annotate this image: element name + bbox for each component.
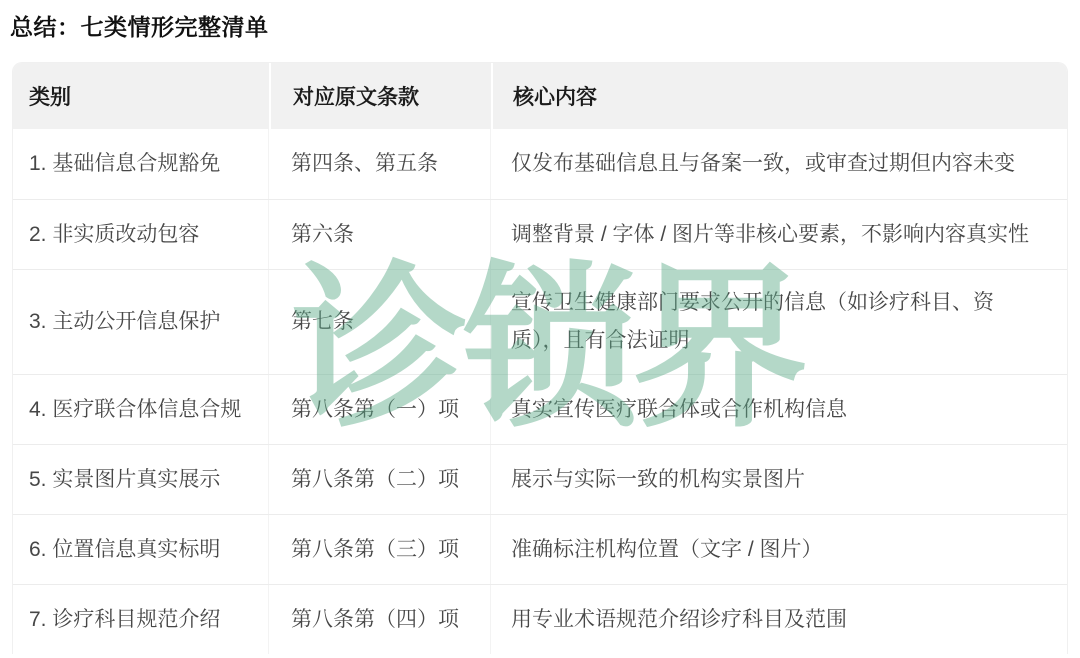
table-row: 3. 主动公开信息保护第七条宣传卫生健康部门要求公开的信息（如诊疗科目、资 质）…: [13, 269, 1067, 374]
cell-clause: 第八条第（一）项: [269, 375, 491, 444]
table-row: 6. 位置信息真实标明第八条第（三）项准确标注机构位置（文字 / 图片）: [13, 514, 1067, 584]
column-header-clause: 对应原文条款: [269, 63, 491, 129]
cell-content: 宣传卫生健康部门要求公开的信息（如诊疗科目、资 质），且有合法证明: [491, 270, 1067, 374]
table-row: 7. 诊疗科目规范介绍第八条第（四）项用专业术语规范介绍诊疗科目及范围: [13, 584, 1067, 654]
column-header-content: 核心内容: [491, 63, 1067, 129]
cell-content: 准确标注机构位置（文字 / 图片）: [491, 517, 1067, 583]
cell-clause: 第八条第（二）项: [269, 445, 491, 514]
page-title: 总结：七类情形完整清单: [10, 9, 269, 42]
column-header-category: 类别: [13, 63, 269, 129]
table-body: 1. 基础信息合规豁免第四条、第五条仅发布基础信息且与备案一致，或审查过期但内容…: [13, 129, 1067, 654]
cell-clause: 第八条第（四）项: [269, 585, 491, 654]
cell-clause: 第八条第（三）项: [269, 515, 491, 584]
cell-clause: 第四条、第五条: [269, 129, 491, 199]
table-header-row: 类别 对应原文条款 核心内容: [13, 63, 1067, 129]
table-row: 2. 非实质改动包容第六条调整背景 / 字体 / 图片等非核心要素，不影响内容真…: [13, 199, 1067, 269]
cell-clause: 第六条: [269, 200, 491, 269]
cell-category: 5. 实景图片真实展示: [13, 445, 269, 514]
cell-category: 7. 诊疗科目规范介绍: [13, 585, 269, 654]
table-row: 5. 实景图片真实展示第八条第（二）项展示与实际一致的机构实景图片: [13, 444, 1067, 514]
cell-content: 展示与实际一致的机构实景图片: [491, 447, 1067, 513]
cell-content: 真实宣传医疗联合体或合作机构信息: [491, 377, 1067, 443]
article-page: 总结：七类情形完整清单 类别 对应原文条款 核心内容 1. 基础信息合规豁免第四…: [0, 0, 1080, 658]
cell-category: 1. 基础信息合规豁免: [13, 129, 269, 199]
cell-content: 调整背景 / 字体 / 图片等非核心要素，不影响内容真实性: [491, 202, 1067, 268]
cell-category: 3. 主动公开信息保护: [13, 270, 269, 374]
cell-category: 4. 医疗联合体信息合规: [13, 375, 269, 444]
cell-clause: 第七条: [269, 270, 491, 374]
cell-category: 2. 非实质改动包容: [13, 200, 269, 269]
table-row: 1. 基础信息合规豁免第四条、第五条仅发布基础信息且与备案一致，或审查过期但内容…: [13, 129, 1067, 199]
summary-table: 类别 对应原文条款 核心内容 1. 基础信息合规豁免第四条、第五条仅发布基础信息…: [12, 62, 1068, 654]
table-row: 4. 医疗联合体信息合规第八条第（一）项真实宣传医疗联合体或合作机构信息: [13, 374, 1067, 444]
cell-content: 仅发布基础信息且与备案一致，或审查过期但内容未变: [491, 131, 1067, 197]
cell-category: 6. 位置信息真实标明: [13, 515, 269, 584]
cell-content: 用专业术语规范介绍诊疗科目及范围: [491, 587, 1067, 653]
